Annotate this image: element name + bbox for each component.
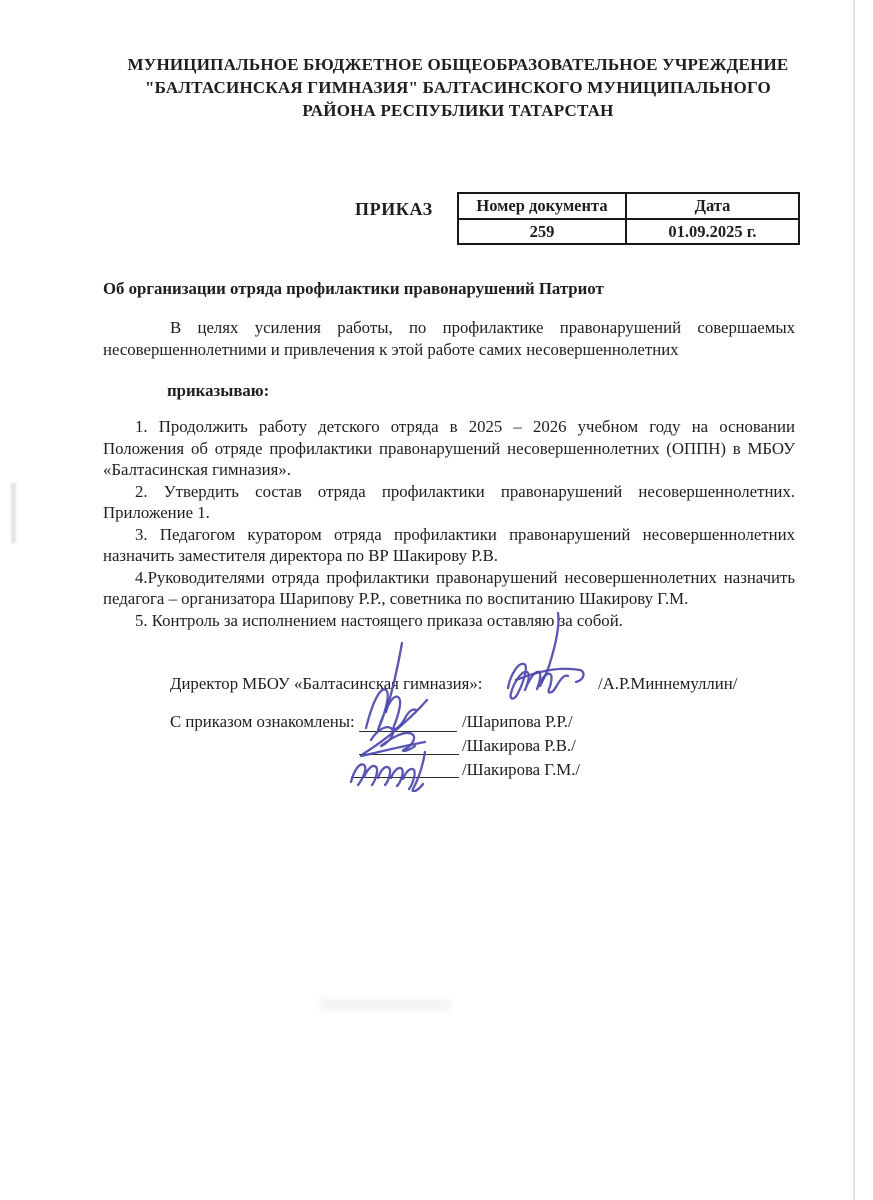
organization-name-line: "БАЛТАСИНСКАЯ ГИМНАЗИЯ" БАЛТАСИНСКОГО МУ… bbox=[108, 76, 808, 99]
acknowledger-signature-scribble bbox=[355, 696, 433, 762]
scan-page-edge-line bbox=[853, 0, 855, 1200]
organization-header: МУНИЦИПАЛЬНОЕ БЮДЖЕТНОЕ ОБЩЕОБРАЗОВАТЕЛЬ… bbox=[108, 53, 808, 122]
order-number-value: 259 bbox=[458, 219, 626, 244]
table-header-number: Номер документа bbox=[458, 193, 626, 219]
order-item-1: 1. Продолжить работу детского отряда в 2… bbox=[103, 416, 795, 481]
order-number-date-table: Номер документа Дата 259 01.09.2025 г. bbox=[457, 192, 800, 245]
organization-name-line: РАЙОНА РЕСПУБЛИКИ ТАТАРСТАН bbox=[108, 99, 808, 122]
scanned-order-document: МУНИЦИПАЛЬНОЕ БЮДЖЕТНОЕ ОБЩЕОБРАЗОВАТЕЛЬ… bbox=[0, 0, 873, 1200]
order-preamble: В целях усиления работы, по профилактике… bbox=[103, 317, 795, 360]
organization-name-line: МУНИЦИПАЛЬНОЕ БЮДЖЕТНОЕ ОБЩЕОБРАЗОВАТЕЛЬ… bbox=[108, 53, 808, 76]
acknowledger-name: /Шакирова Р.В./ bbox=[462, 736, 576, 756]
signature-line bbox=[351, 777, 459, 778]
director-name: /А.Р.Миннемуллин/ bbox=[598, 674, 737, 694]
scan-margin-smudge bbox=[11, 483, 16, 543]
acknowledger-name: /Шакирова Г.М./ bbox=[462, 760, 580, 780]
signature-line bbox=[359, 754, 459, 755]
order-date-value: 01.09.2025 г. bbox=[626, 219, 799, 244]
acknowledger-signature-scribble bbox=[345, 750, 440, 792]
scan-noise-smudge bbox=[320, 998, 450, 1012]
order-subject: Об организации отряда профилактики право… bbox=[103, 279, 795, 299]
order-items: 1. Продолжить работу детского отряда в 2… bbox=[103, 416, 795, 631]
order-item-5: 5. Контроль за исполнением настоящего пр… bbox=[103, 610, 795, 632]
decree-word: приказываю: bbox=[167, 381, 269, 401]
order-title: ПРИКАЗ bbox=[355, 199, 433, 220]
order-item-4: 4.Руководителями отряда профилактики пра… bbox=[103, 567, 795, 610]
order-item-3: 3. Педагогом куратором отряда профилакти… bbox=[103, 524, 795, 567]
order-item-2: 2. Утвердить состав отряда профилактики … bbox=[103, 481, 795, 524]
signature-line bbox=[359, 731, 457, 732]
acknowledger-name: /Шарипова Р.Р./ bbox=[462, 712, 573, 732]
director-label: Директор МБОУ «Балтасинская гимназия»: bbox=[170, 674, 482, 694]
table-header-date: Дата bbox=[626, 193, 799, 219]
acknowledgment-label: С приказом ознакомлены: bbox=[170, 712, 355, 732]
